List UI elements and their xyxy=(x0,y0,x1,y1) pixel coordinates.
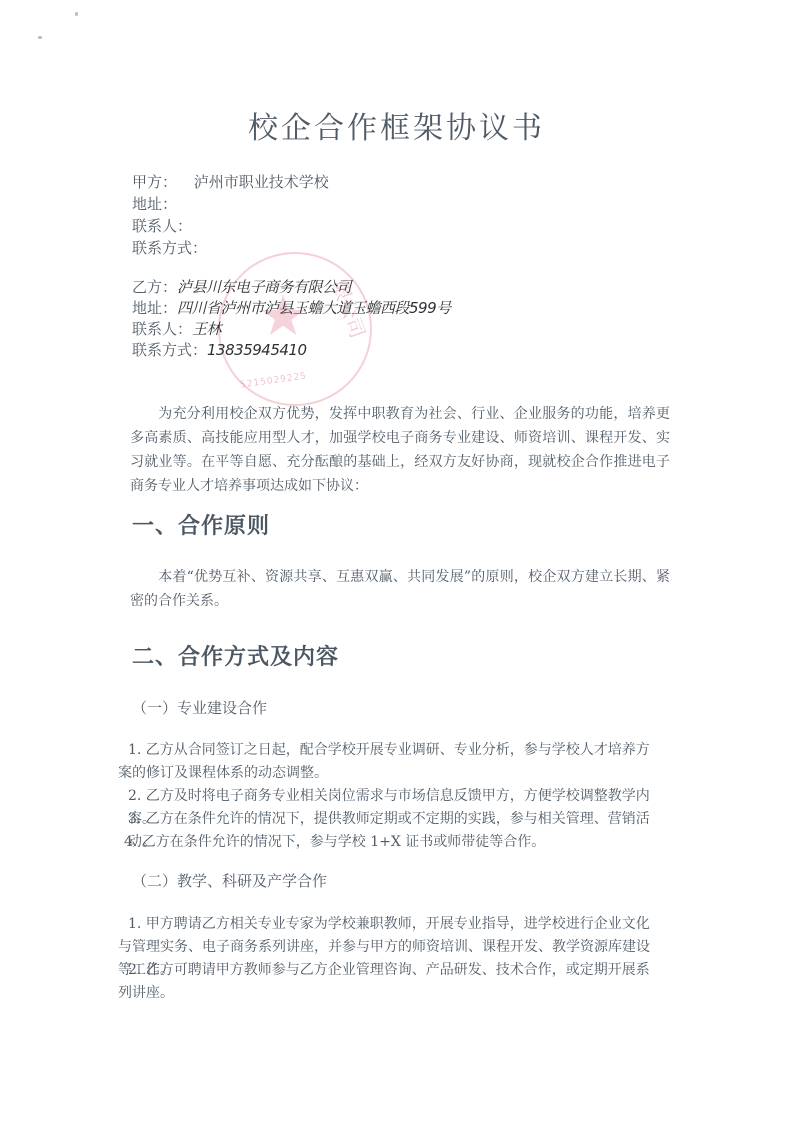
party-b-contact: 联系人：王林 xyxy=(132,318,221,340)
party-b-contact-label: 联系人： xyxy=(132,320,192,338)
party-b-phone: 联系方式：13835945410 xyxy=(132,339,307,361)
subsection2-heading: （二）教学、科研及产学合作 xyxy=(132,870,327,891)
section1-heading: 一、合作原则 xyxy=(132,509,270,540)
party-a-address-label: 地址： xyxy=(132,193,177,215)
party-b-phone-label: 联系方式： xyxy=(132,341,207,359)
party-b-name-label: 乙方： xyxy=(132,278,177,296)
subsection1-heading: （一）专业建设合作 xyxy=(132,697,267,718)
party-a-contact-label: 联系人： xyxy=(132,215,192,237)
party-b-contact-value: 王林 xyxy=(192,320,221,338)
subsection1-item-4: 4. 乙方在条件允许的情况下，参与学校 1+X 证书或师带徒等合作。 xyxy=(124,831,669,854)
section1-paragraph: 本着“优势互补、资源共享、互惠双赢、共同发展”的原则，校企双方建立长期、紧密的合… xyxy=(130,565,670,613)
party-b-phone-value: 13835945410 xyxy=(207,341,306,359)
intro-paragraph: 为充分利用校企双方优势，发挥中职教育为社会、行业、企业服务的功能，培养更多高素质… xyxy=(130,402,670,498)
party-b-address-label: 地址： xyxy=(132,299,177,317)
party-b-address: 地址：四川省泸州市泸县玉蟾大道玉蟾西段599号 xyxy=(132,297,451,319)
party-a-phone-label: 联系方式： xyxy=(132,237,207,259)
party-a-name-label: 甲方： xyxy=(132,173,177,191)
subsection1-item-1: 1. 乙方从合同签订之日起，配合学校开展专业调研、专业分析，参与学校人才培养方案… xyxy=(118,739,663,785)
party-b-name-value: 泸县川东电子商务有限公司 xyxy=(177,278,351,296)
scan-speck xyxy=(38,36,42,39)
party-b-address-value: 四川省泸州市泸县玉蟾大道玉蟾西段599号 xyxy=(177,299,451,317)
party-a-name-value: 泸州市职业技术学校 xyxy=(194,173,329,191)
scan-speck xyxy=(75,12,78,16)
party-b-name: 乙方：泸县川东电子商务有限公司 xyxy=(132,276,351,298)
document-title: 校企合作框架协议书 xyxy=(0,103,793,147)
section1-text: 本着“优势互补、资源共享、互惠双赢、共同发展”的原则，校企双方建立长期、紧密的合… xyxy=(130,569,670,609)
section2-heading: 二、合作方式及内容 xyxy=(132,640,339,671)
party-a-name: 甲方： 泸州市职业技术学校 xyxy=(132,171,329,193)
intro-text: 为充分利用校企双方优势，发挥中职教育为社会、行业、企业服务的功能，培养更多高素质… xyxy=(130,406,670,494)
seal-number: 5215029225 xyxy=(240,371,308,390)
subsection2-item-2: 2. 乙方可聘请甲方教师参与乙方企业管理咨询、产品研发、技术合作，或定期开展系列… xyxy=(118,959,663,1005)
